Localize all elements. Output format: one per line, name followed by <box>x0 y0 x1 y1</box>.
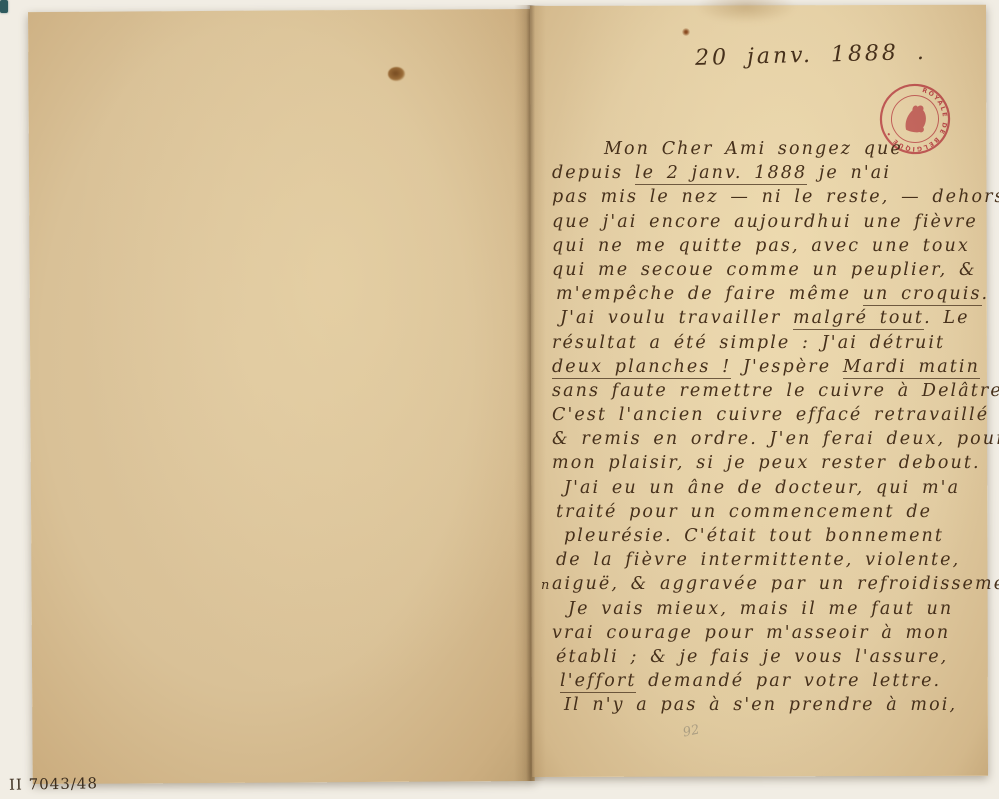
letter-line: m'empêche de faire même un croquis. <box>556 284 988 308</box>
letter-line: sans faute remettre le cuivre à Delâtre <box>552 381 988 405</box>
letter-line: pleurésie. C'était tout bonnement <box>564 526 988 550</box>
scan-background: 20 janv. 1888 . ROYALE DE BELGIQUE • Mon… <box>0 0 999 799</box>
letter-line: qui ne me quitte pas, avec une toux <box>552 236 988 260</box>
letter-line: que j'ai encore aujourdhui une fièvre <box>552 212 988 236</box>
letter-page-left-blank <box>28 9 535 784</box>
letter-text: Mon Cher Ami songez quedepuis le 2 janv.… <box>552 139 988 720</box>
inventory-number: II 7043/48 <box>9 774 98 794</box>
lion-emblem <box>904 103 928 133</box>
letter-line: vrai courage pour m'asseoir à mon <box>552 623 988 647</box>
letter-line: traité pour un commencement de <box>556 502 988 526</box>
letter-line: deux planches ! J'espère Mardi matin <box>552 357 988 381</box>
letter-line: C'est l'ancien cuivre effacé retravaillé <box>552 405 988 429</box>
letter-line: de la fièvre intermittente, violente, <box>556 550 988 574</box>
letter-line: l'effort demandé par votre lettre. <box>560 671 988 695</box>
letter-line: Mon Cher Ami songez que <box>604 139 988 163</box>
letter-line: Je vais mieux, mais il me faut un <box>568 599 988 623</box>
letter-line: & remis en ordre. J'en ferai deux, pour <box>552 429 988 453</box>
margin-note: n <box>541 578 549 593</box>
letter-line: J'ai eu un âne de docteur, qui m'a <box>564 478 988 502</box>
letter-line: établi ; & je fais je vous l'assure, <box>556 647 988 671</box>
letter-line: mon plaisir, si je peux rester debout. <box>552 453 988 477</box>
letter-line: J'ai voulu travailler malgré tout. Le <box>560 308 988 332</box>
binding-mark <box>0 0 8 13</box>
letter-line: pas mis le nez — ni le reste, — dehors; <box>552 187 988 211</box>
letter-line: depuis le 2 janv. 1888 je n'ai <box>552 163 988 187</box>
letter-line: aiguë, & aggravée par un refroidissement… <box>552 574 988 598</box>
letter-line: Il n'y a pas à s'en prendre à moi, <box>564 695 988 719</box>
letter-line: résultat a été simple : J'ai détruit <box>552 333 988 357</box>
letter-line: qui me secoue comme un peuplier, & <box>552 260 988 284</box>
